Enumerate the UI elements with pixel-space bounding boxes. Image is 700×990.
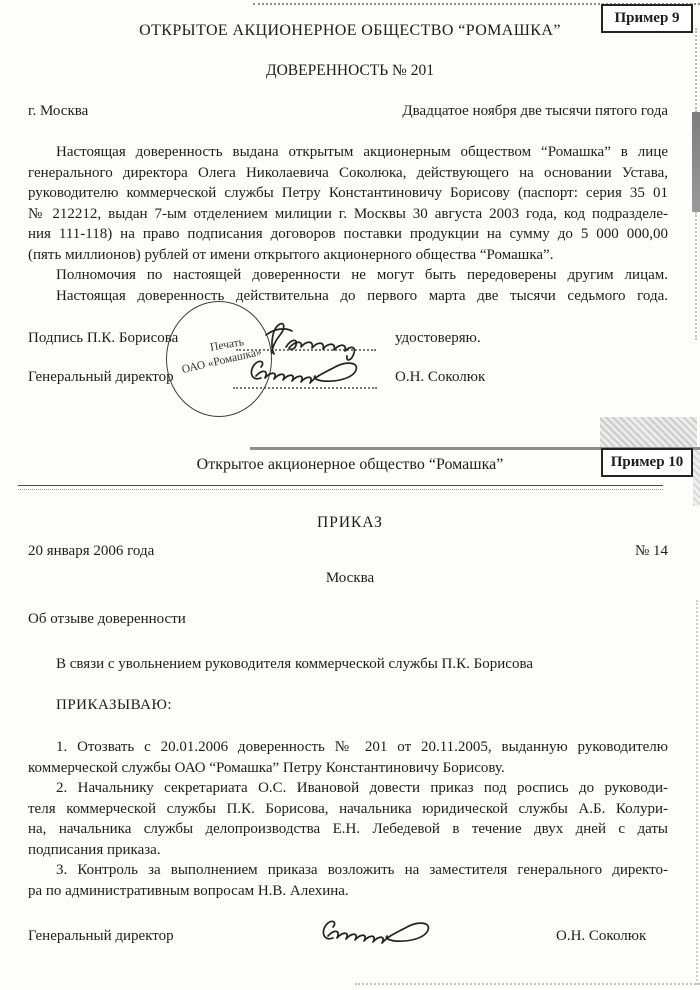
doc2-city: Москва [0, 570, 700, 587]
text-line: ра по административным вопросам Н.В. Але… [28, 881, 668, 902]
text-line: (пять миллионов) рублей от имени открыто… [28, 245, 668, 266]
doc1-meta-row: г. Москва Двадцатое ноября две тысячи пя… [28, 103, 668, 120]
text-line: теля коммерческой службы П.К. Борисова, … [28, 799, 668, 820]
doc2-order-word: ПРИКАЗЫВАЮ: [56, 697, 172, 714]
doc2-date: 20 января 2006 года [28, 543, 154, 560]
signature-sokolyuk-icon [312, 912, 440, 952]
signature-sokolyuk-icon [243, 352, 365, 392]
doc1-date-words: Двадцатое ноября две тысячи пятого года [402, 103, 668, 120]
doc1-signature1-suffix: удостоверяю. [395, 330, 481, 347]
doc1-body-text: Настоящая доверенность выдана открытым а… [28, 142, 668, 306]
doc2-number: № 14 [635, 543, 668, 560]
text-line: ния 111-118) на право подписания договор… [28, 224, 668, 245]
doc2-signature-name: О.Н. Соколюк [556, 928, 646, 945]
doc2-meta-row: 20 января 2006 года № 14 [28, 543, 668, 560]
text-line: на, начальника службы делопроизводства Е… [28, 819, 668, 840]
doc1-signature2-name: О.Н. Соколюк [395, 369, 485, 386]
text-line: 3. Контроль за выполнением приказа возло… [28, 860, 668, 881]
doc2-company-title: Открытое акционерное общество “Ромашка” [0, 456, 700, 474]
doc2-title-rule [18, 485, 663, 490]
doc1-company-title: ОТКРЫТОЕ АКЦИОНЕРНОЕ ОБЩЕСТВО “РОМАШКА” [0, 22, 700, 40]
text-line: руководителю коммерческой службы Петру К… [28, 183, 668, 204]
doc2-subject: Об отзыве доверенности [28, 611, 186, 628]
text-line: 2. Начальнику секретариата О.С. Ивановой… [28, 778, 668, 799]
text-line: генерального директора Олега Николаевича… [28, 163, 668, 184]
text-line: коммерческой службы ОАО “Ромашка” Петру … [28, 758, 668, 779]
text-line: № 212212, выдан 7-ым отделением милиции … [28, 204, 668, 225]
doc2-signature-label: Генеральный директор [28, 928, 174, 945]
scan-edge-dash-bottom [355, 983, 700, 985]
text-line: подписания приказа. [28, 840, 668, 861]
doc1-signature2-label: Генеральный директор [28, 369, 174, 386]
text-line: Настоящая доверенность действительна до … [28, 286, 668, 307]
document-scan-page: Пример 9 Пример 10 ОТКРЫТОЕ АКЦИОНЕРНОЕ … [0, 0, 700, 990]
text-line: 1. Отозвать с 20.01.2006 доверенность № … [28, 737, 668, 758]
doc1-signature1-label: Подпись П.К. Борисова [28, 330, 178, 347]
scan-edge-dotted-right [696, 600, 698, 985]
doc2-order-items: 1. Отозвать с 20.01.2006 доверенность № … [28, 737, 668, 901]
doc2-title: ПРИКАЗ [0, 514, 700, 532]
doc2-intro: В связи с увольнением руководителя комме… [56, 656, 533, 673]
scan-edge-dotted-right [695, 212, 697, 340]
doc1-place: г. Москва [28, 103, 88, 120]
scan-noise-patch [600, 417, 697, 448]
doc1-title: ДОВЕРЕННОСТЬ № 201 [0, 62, 700, 80]
text-line: Полномочия по настоящей доверенности не … [28, 265, 668, 286]
scan-edge-grey-strip [692, 112, 700, 212]
text-line: Настоящая доверенность выдана открытым а… [28, 142, 668, 163]
